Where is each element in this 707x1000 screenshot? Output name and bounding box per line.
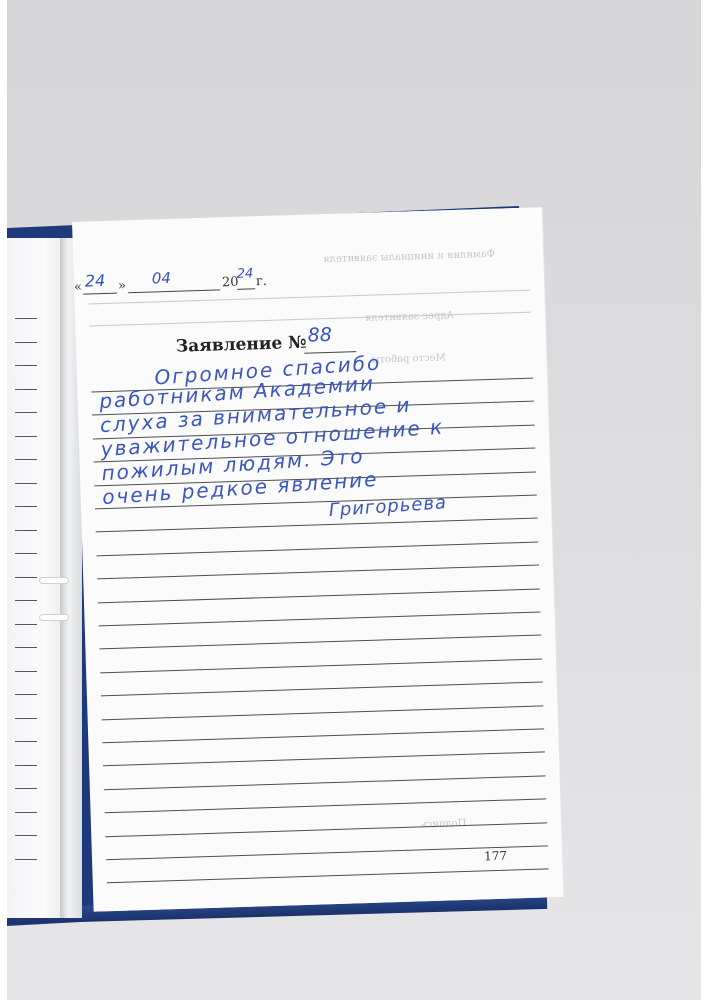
left-page-rule xyxy=(15,694,37,695)
left-page-rule xyxy=(15,506,37,507)
left-page-rule xyxy=(15,577,37,578)
ruled-line xyxy=(105,822,547,837)
ruled-line xyxy=(104,775,546,790)
left-page-rule xyxy=(15,812,37,813)
left-page-rule xyxy=(15,459,37,460)
left-page-rule xyxy=(15,553,37,554)
date-year-suffix: 24 xyxy=(236,266,253,282)
left-page-rule xyxy=(15,483,37,484)
left-page-rule xyxy=(15,412,37,413)
left-page-rule xyxy=(15,765,37,766)
date-year-underline xyxy=(237,288,255,290)
left-page-rule xyxy=(15,647,37,648)
ruled-line xyxy=(102,705,544,720)
binding-thread xyxy=(40,615,68,620)
ruled-line xyxy=(100,658,542,673)
ruled-line xyxy=(97,565,539,580)
left-page-rule xyxy=(15,600,37,601)
signature: Григорьева xyxy=(328,492,448,521)
left-page-rule xyxy=(15,624,37,625)
left-page-rule xyxy=(15,859,37,860)
bleed-through-text: Фамилия и инициалы заявителя xyxy=(323,249,495,265)
date-day: 24 xyxy=(85,271,106,291)
ruled-line xyxy=(107,869,549,884)
left-page-rule xyxy=(15,835,37,836)
date-open-quote: « xyxy=(74,280,82,295)
application-title: Заявление № xyxy=(176,333,307,357)
ruled-line xyxy=(103,752,545,767)
ruled-line xyxy=(106,845,548,860)
ruled-line xyxy=(96,518,538,533)
left-page-rule xyxy=(15,342,37,343)
page-number: 177 xyxy=(484,849,507,864)
binding-thread xyxy=(40,578,68,583)
ruled-line xyxy=(98,588,540,603)
left-page-rule xyxy=(15,365,37,366)
notebook: Фамилия и инициалы заявителя Адрес заяви… xyxy=(0,0,707,1000)
ruled-line xyxy=(101,682,543,697)
right-page: Фамилия и инициалы заявителя Адрес заяви… xyxy=(72,207,563,911)
ruled-line xyxy=(96,541,538,556)
bleed-through-text: Место работы xyxy=(371,352,446,365)
left-page-rule xyxy=(15,436,37,437)
application-number: 88 xyxy=(307,324,332,347)
ruled-lines xyxy=(72,207,542,222)
left-page-rule xyxy=(15,741,37,742)
date-month-underline xyxy=(128,289,220,293)
left-page-rule xyxy=(15,318,37,319)
date-close-quote: » xyxy=(118,278,126,293)
left-page-rule xyxy=(15,389,37,390)
ruled-line xyxy=(99,611,541,626)
date-month: 04 xyxy=(152,269,172,288)
ruled-line xyxy=(99,635,541,650)
left-page-rule xyxy=(15,718,37,719)
left-page-rule xyxy=(15,671,37,672)
left-page-rule xyxy=(15,788,37,789)
left-page-rule xyxy=(15,530,37,531)
ruled-line xyxy=(105,799,547,814)
date-day-underline xyxy=(83,293,117,295)
date-year-unit: г. xyxy=(256,274,267,289)
ruled-line xyxy=(102,728,544,743)
